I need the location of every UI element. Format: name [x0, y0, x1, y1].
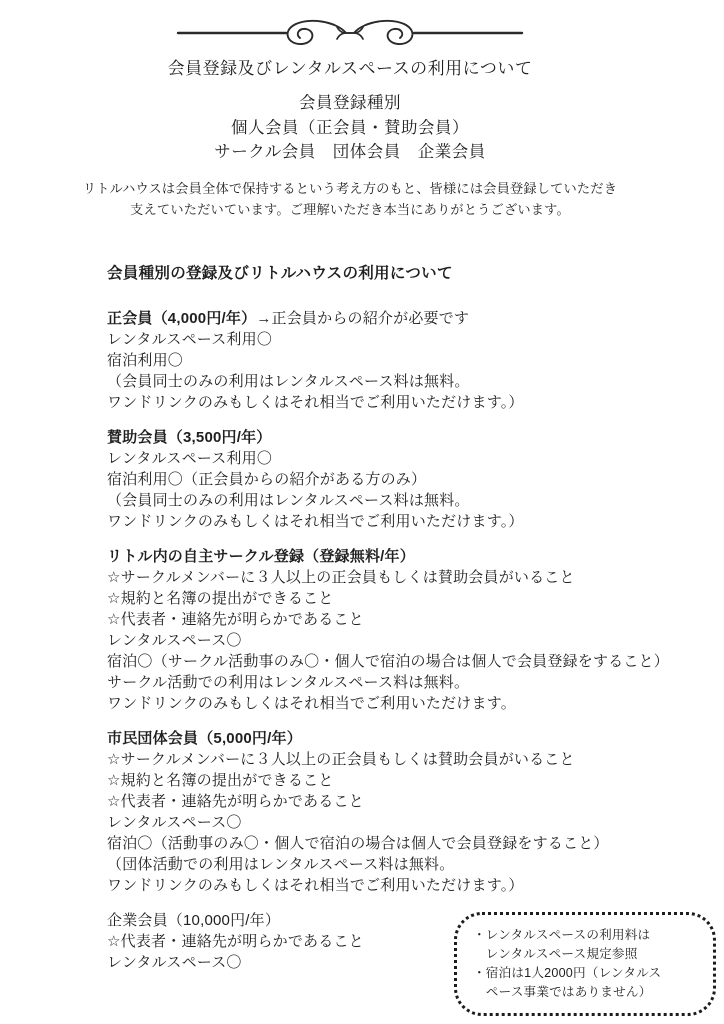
section-line: ☆規約と名簿の提出ができること	[107, 770, 684, 791]
section-line: 宿泊〇（サークル活動事のみ〇・個人で宿泊の場合は個人で会員登録をすること）	[107, 651, 684, 672]
section-line: （会員同士のみの利用はレンタルスペース料は無料。	[107, 371, 684, 392]
document-page: 会員登録及びレンタルスペースの利用について 会員登録種別 個人会員（正会員・賛助…	[0, 0, 724, 1024]
registration-types-groups: サークル会員 団体会員 企業会員	[0, 140, 700, 165]
page-title: 会員登録及びレンタルスペースの利用について	[0, 56, 700, 82]
section-title-line: 正会員（4,000円/年）→正会員からの紹介が必要です	[107, 308, 684, 329]
section-civic-group-member: 市民団体会員（5,000円/年） ☆サークルメンバーに３人以上の正会員もしくは賛…	[107, 728, 684, 896]
section-line: ☆規約と名簿の提出ができること	[107, 588, 684, 609]
note-line: ペース事業ではありません）	[473, 983, 703, 1002]
calligraphic-divider-icon	[170, 16, 530, 50]
intro-paragraph: リトルハウスは会員全体で保持するという考え方のもと、皆様には会員登録していただき…	[0, 178, 700, 220]
document-body: 会員種別の登録及びリトルハウスの利用について 正会員（4,000円/年）→正会員…	[0, 263, 724, 973]
registration-types: 会員登録種別 個人会員（正会員・賛助会員） サークル会員 団体会員 企業会員	[0, 91, 700, 165]
document-header: 会員登録及びレンタルスペースの利用について 会員登録種別 個人会員（正会員・賛助…	[0, 0, 700, 220]
section-line: レンタルスペース〇	[107, 630, 684, 651]
section-line: （団体活動での利用はレンタルスペース料は無料。	[107, 854, 684, 875]
registration-types-individual: 個人会員（正会員・賛助会員）	[0, 116, 700, 141]
note-line: レンタルスペース規定参照	[473, 945, 703, 964]
note-line: ・宿泊は1人2000円（レンタルス	[473, 964, 703, 983]
section-line: ワンドリンクのみもしくはそれ相当でご利用いただけます。）	[107, 875, 684, 896]
section-title: 市民団体会員（5,000円/年）	[107, 730, 302, 747]
section-line: ☆サークルメンバーに３人以上の正会員もしくは賛助会員がいること	[107, 567, 684, 588]
section-line: ワンドリンクのみもしくはそれ相当でご利用いただけます。）	[107, 511, 684, 532]
body-heading: 会員種別の登録及びリトルハウスの利用について	[107, 263, 684, 284]
section-regular-member: 正会員（4,000円/年）→正会員からの紹介が必要です レンタルスペース利用〇 …	[107, 308, 684, 413]
intro-line: 支えていただいています。ご理解いただき本当にありがとうございます。	[0, 199, 700, 220]
section-title: 賛助会員（3,500円/年）	[107, 429, 272, 446]
section-title: 正会員（4,000円/年）	[107, 310, 256, 327]
section-supporting-member: 賛助会員（3,500円/年） レンタルスペース利用〇 宿泊利用〇（正会員からの紹…	[107, 427, 684, 532]
section-title-line: 賛助会員（3,500円/年）	[107, 427, 684, 448]
intro-line: リトルハウスは会員全体で保持するという考え方のもと、皆様には会員登録していただき	[0, 178, 700, 199]
section-line: ☆サークルメンバーに３人以上の正会員もしくは賛助会員がいること	[107, 749, 684, 770]
section-line: 宿泊利用〇	[107, 350, 684, 371]
section-line: ☆代表者・連絡先が明らかであること	[107, 791, 684, 812]
section-line: 宿泊利用〇（正会員からの紹介がある方のみ）	[107, 469, 684, 490]
registration-types-heading: 会員登録種別	[0, 91, 700, 116]
rental-fee-note-box: ・レンタルスペースの利用料は レンタルスペース規定参照 ・宿泊は1人2000円（…	[454, 912, 716, 1016]
section-title: リトル内の自主サークル登録（登録無料/年）	[107, 548, 415, 565]
section-line: レンタルスペース〇	[107, 812, 684, 833]
section-line: ワンドリンクのみもしくはそれ相当でご利用いただけます。	[107, 693, 684, 714]
section-title-line: 市民団体会員（5,000円/年）	[107, 728, 684, 749]
section-title-suffix: →正会員からの紹介が必要です	[256, 310, 469, 327]
section-line: レンタルスペース利用〇	[107, 448, 684, 469]
section-line: サークル活動での利用はレンタルスペース料は無料。	[107, 672, 684, 693]
section-line: レンタルスペース利用〇	[107, 329, 684, 350]
section-line: （会員同士のみの利用はレンタルスペース料は無料。	[107, 490, 684, 511]
note-line: ・レンタルスペースの利用料は	[473, 926, 703, 945]
section-line: ☆代表者・連絡先が明らかであること	[107, 609, 684, 630]
bottom-block: 企業会員（10,000円/年） ☆代表者・連絡先が明らかであること レンタルスペ…	[107, 910, 684, 973]
section-title-line: リトル内の自主サークル登録（登録無料/年）	[107, 546, 684, 567]
section-title: 企業会員（10,000円/年）	[107, 912, 280, 929]
section-line: 宿泊〇（活動事のみ〇・個人で宿泊の場合は個人で会員登録をすること）	[107, 833, 684, 854]
section-circle-registration: リトル内の自主サークル登録（登録無料/年） ☆サークルメンバーに３人以上の正会員…	[107, 546, 684, 714]
section-line: ワンドリンクのみもしくはそれ相当でご利用いただけます。）	[107, 392, 684, 413]
